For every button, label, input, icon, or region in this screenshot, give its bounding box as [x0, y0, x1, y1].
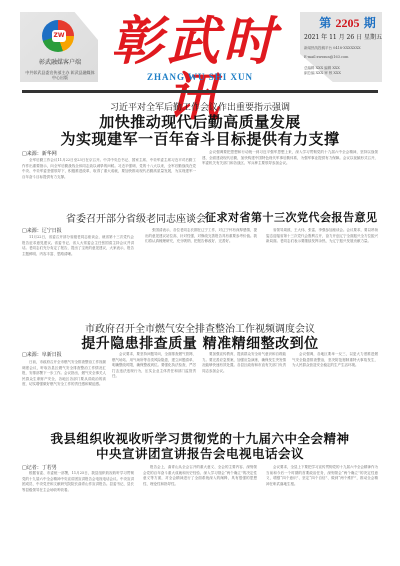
- article-3-column-4: 会议强调，各地区要举一反三，以更大力度推进燃气安全隐患排查整治，坚决防范遏制重特…: [292, 352, 378, 422]
- issue-prefix: 第: [319, 16, 331, 30]
- article-3-column-1: 日前，市政府召开全市燃气安全排查整治工作视频调度会议，听取各县区燃气安全排查整治…: [22, 360, 106, 422]
- article-3-column-2: 会议要求，要坚持问题导向，全面排查燃气管网、燃气场站、用气场所等各类风险隐患，建…: [112, 352, 196, 422]
- article-1-column-2: 会议强调要把思想和行动统一到习近平强军思想上来，深入学习贯彻党的十九届六中全会精…: [202, 150, 378, 200]
- logo-badge: ZW: [52, 30, 66, 42]
- issue-number: 第 2205 期: [305, 14, 390, 31]
- issue-number-value: 2205: [336, 16, 360, 30]
- hotline: 新闻热线投稿平台 0418-XXXXXXX: [304, 46, 361, 51]
- article-2-column-1: 11月22日，省委召开部分省级老同志座谈会，就省第十三次党代会报告征求意见建议。…: [22, 235, 134, 307]
- article-2-headline[interactable]: 征求对省第十三次党代会报告意见: [205, 209, 378, 225]
- article-4-column-3: 会议要求，全县上下要把学习宣传贯彻党的十九届六中全会精神作为当前和今后一个时期的…: [266, 465, 378, 551]
- article-3-headline[interactable]: 提升隐患排查质量 精准精细整改到位: [0, 333, 400, 353]
- article-1-headline-2[interactable]: 为实现建军一百年奋斗目标提供有力支撑: [0, 128, 400, 149]
- article-4-headline-2[interactable]: 中央宣讲团宣讲报告会电视电话会议: [0, 444, 400, 462]
- article-1-byline: □来源：新华网: [22, 150, 57, 157]
- logo-name[interactable]: 彰武融媒客户端: [20, 57, 100, 66]
- article-4-byline: □记者：丁若男: [22, 464, 57, 471]
- article-4-column-2: 报告会上，曲青山从全会召开的重大意义、全会的主要内容、深刻领会党的百年奋斗重大成…: [143, 465, 257, 551]
- newspaper-title-pinyin: ZHANG WU SHI XUN: [110, 72, 290, 82]
- masthead-divider: [22, 90, 378, 93]
- article-2-column-2: 张国清表示，各位老同志长期在辽宁工作，对辽宁怀有深厚感情，提出的意见建议站位高、…: [145, 228, 257, 308]
- staff-line-2: 副总编 XXX 审 核 XXX: [304, 71, 341, 76]
- article-3-byline: □来源：阜新日报: [22, 351, 62, 358]
- issue-suffix: 期: [364, 16, 376, 30]
- article-4-column-1: 根据省委、市委统一部署，11月25日，我县组织收视收听学习贯彻党的十九届六中全会…: [22, 471, 134, 551]
- publish-date: 2021 年 11 月 26 日 星期五: [304, 32, 382, 41]
- article-3-column-3: 要加强宣传教育，提高群众安全用气意识和自救能力。要完善应急预案，加强应急演练，确…: [202, 352, 286, 422]
- publisher-info: 中共彰武县委宣传部主办 彰武县融媒体中心出版: [24, 70, 96, 80]
- article-2-kicker: 省委召开部分省级老同志座谈会: [66, 210, 206, 225]
- article-2-byline: □来源：辽宁日报: [22, 227, 62, 234]
- email[interactable]: E-mail:zwsxun@163.com: [304, 55, 348, 59]
- masthead: ZW 彰武融媒客户端 中共彰武县委宣传部主办 彰武县融媒体中心出版 彰武时讯 Z…: [0, 0, 400, 88]
- article-2-column-3: 省领导周波、王大伟、张雷、李强参加座谈会。会议要求，要以昂扬姿态迎接省第十三次党…: [266, 228, 378, 308]
- article-1-column-1: 全军后勤工作会议11月22日至23日在京召开。中共中央总书记、国家主席、中央军委…: [22, 158, 196, 200]
